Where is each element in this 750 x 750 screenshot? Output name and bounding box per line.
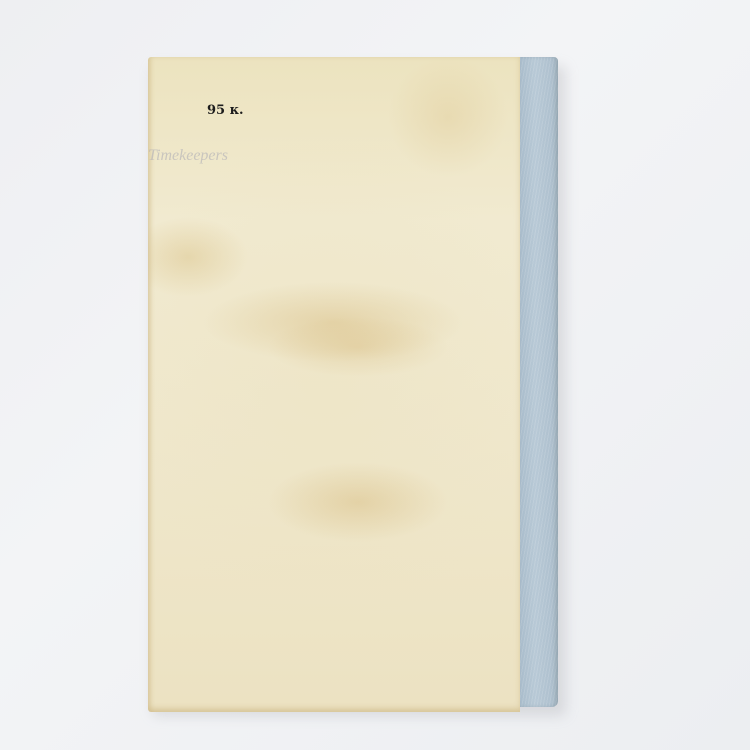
price-label: 95 к. <box>207 103 244 118</box>
watermark: Timekeepers <box>148 147 228 165</box>
book-spine <box>520 57 558 707</box>
